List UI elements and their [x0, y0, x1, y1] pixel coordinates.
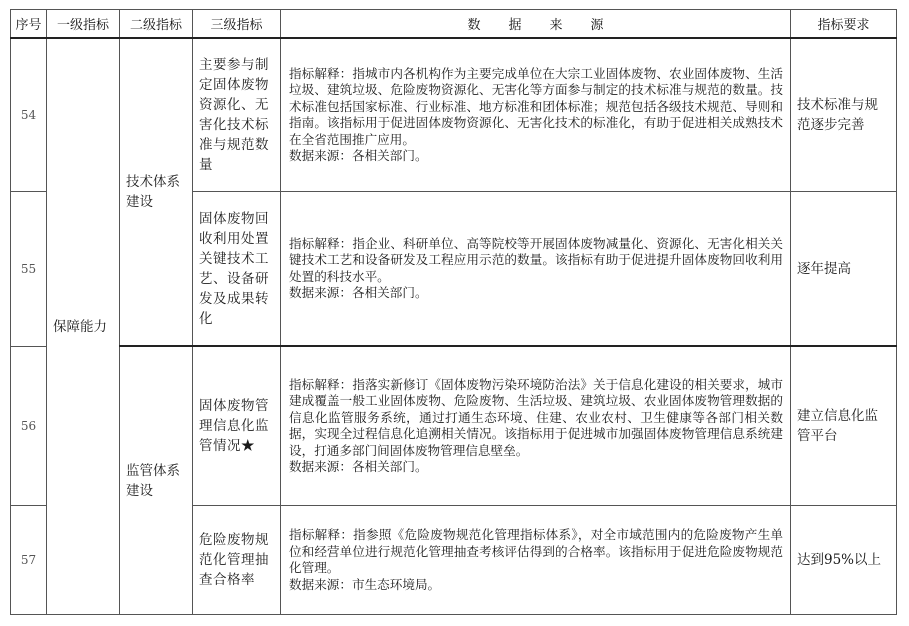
indicator-table: 序号 一级指标 二级指标 三级指标 数据来源 指标要求 54 保障能力 技术体系…: [10, 9, 897, 615]
indicator-explanation: 指标解释：指落实新修订《固体废物污染环境防治法》关于信息化建设的相关要求，城市建…: [289, 377, 783, 460]
data-source: 数据来源：各相关部门。: [289, 285, 783, 302]
row-seq: 54: [11, 38, 47, 192]
source-cell: 指标解释：指落实新修订《固体废物污染环境防治法》关于信息化建设的相关要求，城市建…: [281, 346, 791, 506]
level3-indicator: 固体废物管理信息化监管情况★: [193, 346, 281, 506]
indicator-requirement: 达到95%以上: [791, 506, 897, 615]
header-level3: 三级指标: [193, 10, 281, 39]
header-requirement: 指标要求: [791, 10, 897, 39]
row-seq: 57: [11, 506, 47, 615]
indicator-explanation: 指标解释：指参照《危险废物规范化管理指标体系》，对全市域范围内的危险废物产生单位…: [289, 527, 783, 577]
data-source: 数据来源：各相关部门。: [289, 459, 783, 476]
row-seq: 56: [11, 346, 47, 506]
level3-indicator: 主要参与制定固体废物资源化、无害化技术标准与规范数量: [193, 38, 281, 192]
header-level1: 一级指标: [47, 10, 120, 39]
indicator-explanation: 指标解释：指企业、科研单位、高等院校等开展固体废物减量化、资源化、无害化相关关键…: [289, 236, 783, 286]
header-seq: 序号: [11, 10, 47, 39]
table-row: 54 保障能力 技术体系建设 主要参与制定固体废物资源化、无害化技术标准与规范数…: [11, 38, 897, 192]
indicator-explanation: 指标解释：指城市内各机构作为主要完成单位在大宗工业固体废物、农业固体废物、生活垃…: [289, 66, 783, 149]
data-source: 数据来源：市生态环境局。: [289, 577, 783, 594]
level1-indicator: 保障能力: [47, 38, 120, 615]
indicator-requirement: 逐年提高: [791, 192, 897, 347]
header-source: 数据来源: [281, 10, 791, 39]
level2-indicator: 监管体系建设: [120, 346, 193, 615]
indicator-requirement: 建立信息化监管平台: [791, 346, 897, 506]
source-cell: 指标解释：指城市内各机构作为主要完成单位在大宗工业固体废物、农业固体废物、生活垃…: [281, 38, 791, 192]
source-cell: 指标解释：指参照《危险废物规范化管理指标体系》，对全市域范围内的危险废物产生单位…: [281, 506, 791, 615]
level2-indicator: 技术体系建设: [120, 38, 193, 346]
table-row: 56 监管体系建设 固体废物管理信息化监管情况★ 指标解释：指落实新修订《固体废…: [11, 346, 897, 506]
level3-indicator: 固体废物回收利用处置关键技术工艺、设备研发及成果转化: [193, 192, 281, 347]
level3-indicator: 危险废物规范化管理抽查合格率: [193, 506, 281, 615]
header-row: 序号 一级指标 二级指标 三级指标 数据来源 指标要求: [11, 10, 897, 39]
indicator-requirement: 技术标准与规范逐步完善: [791, 38, 897, 192]
source-cell: 指标解释：指企业、科研单位、高等院校等开展固体废物减量化、资源化、无害化相关关键…: [281, 192, 791, 347]
row-seq: 55: [11, 192, 47, 347]
header-level2: 二级指标: [120, 10, 193, 39]
data-source: 数据来源：各相关部门。: [289, 148, 783, 165]
